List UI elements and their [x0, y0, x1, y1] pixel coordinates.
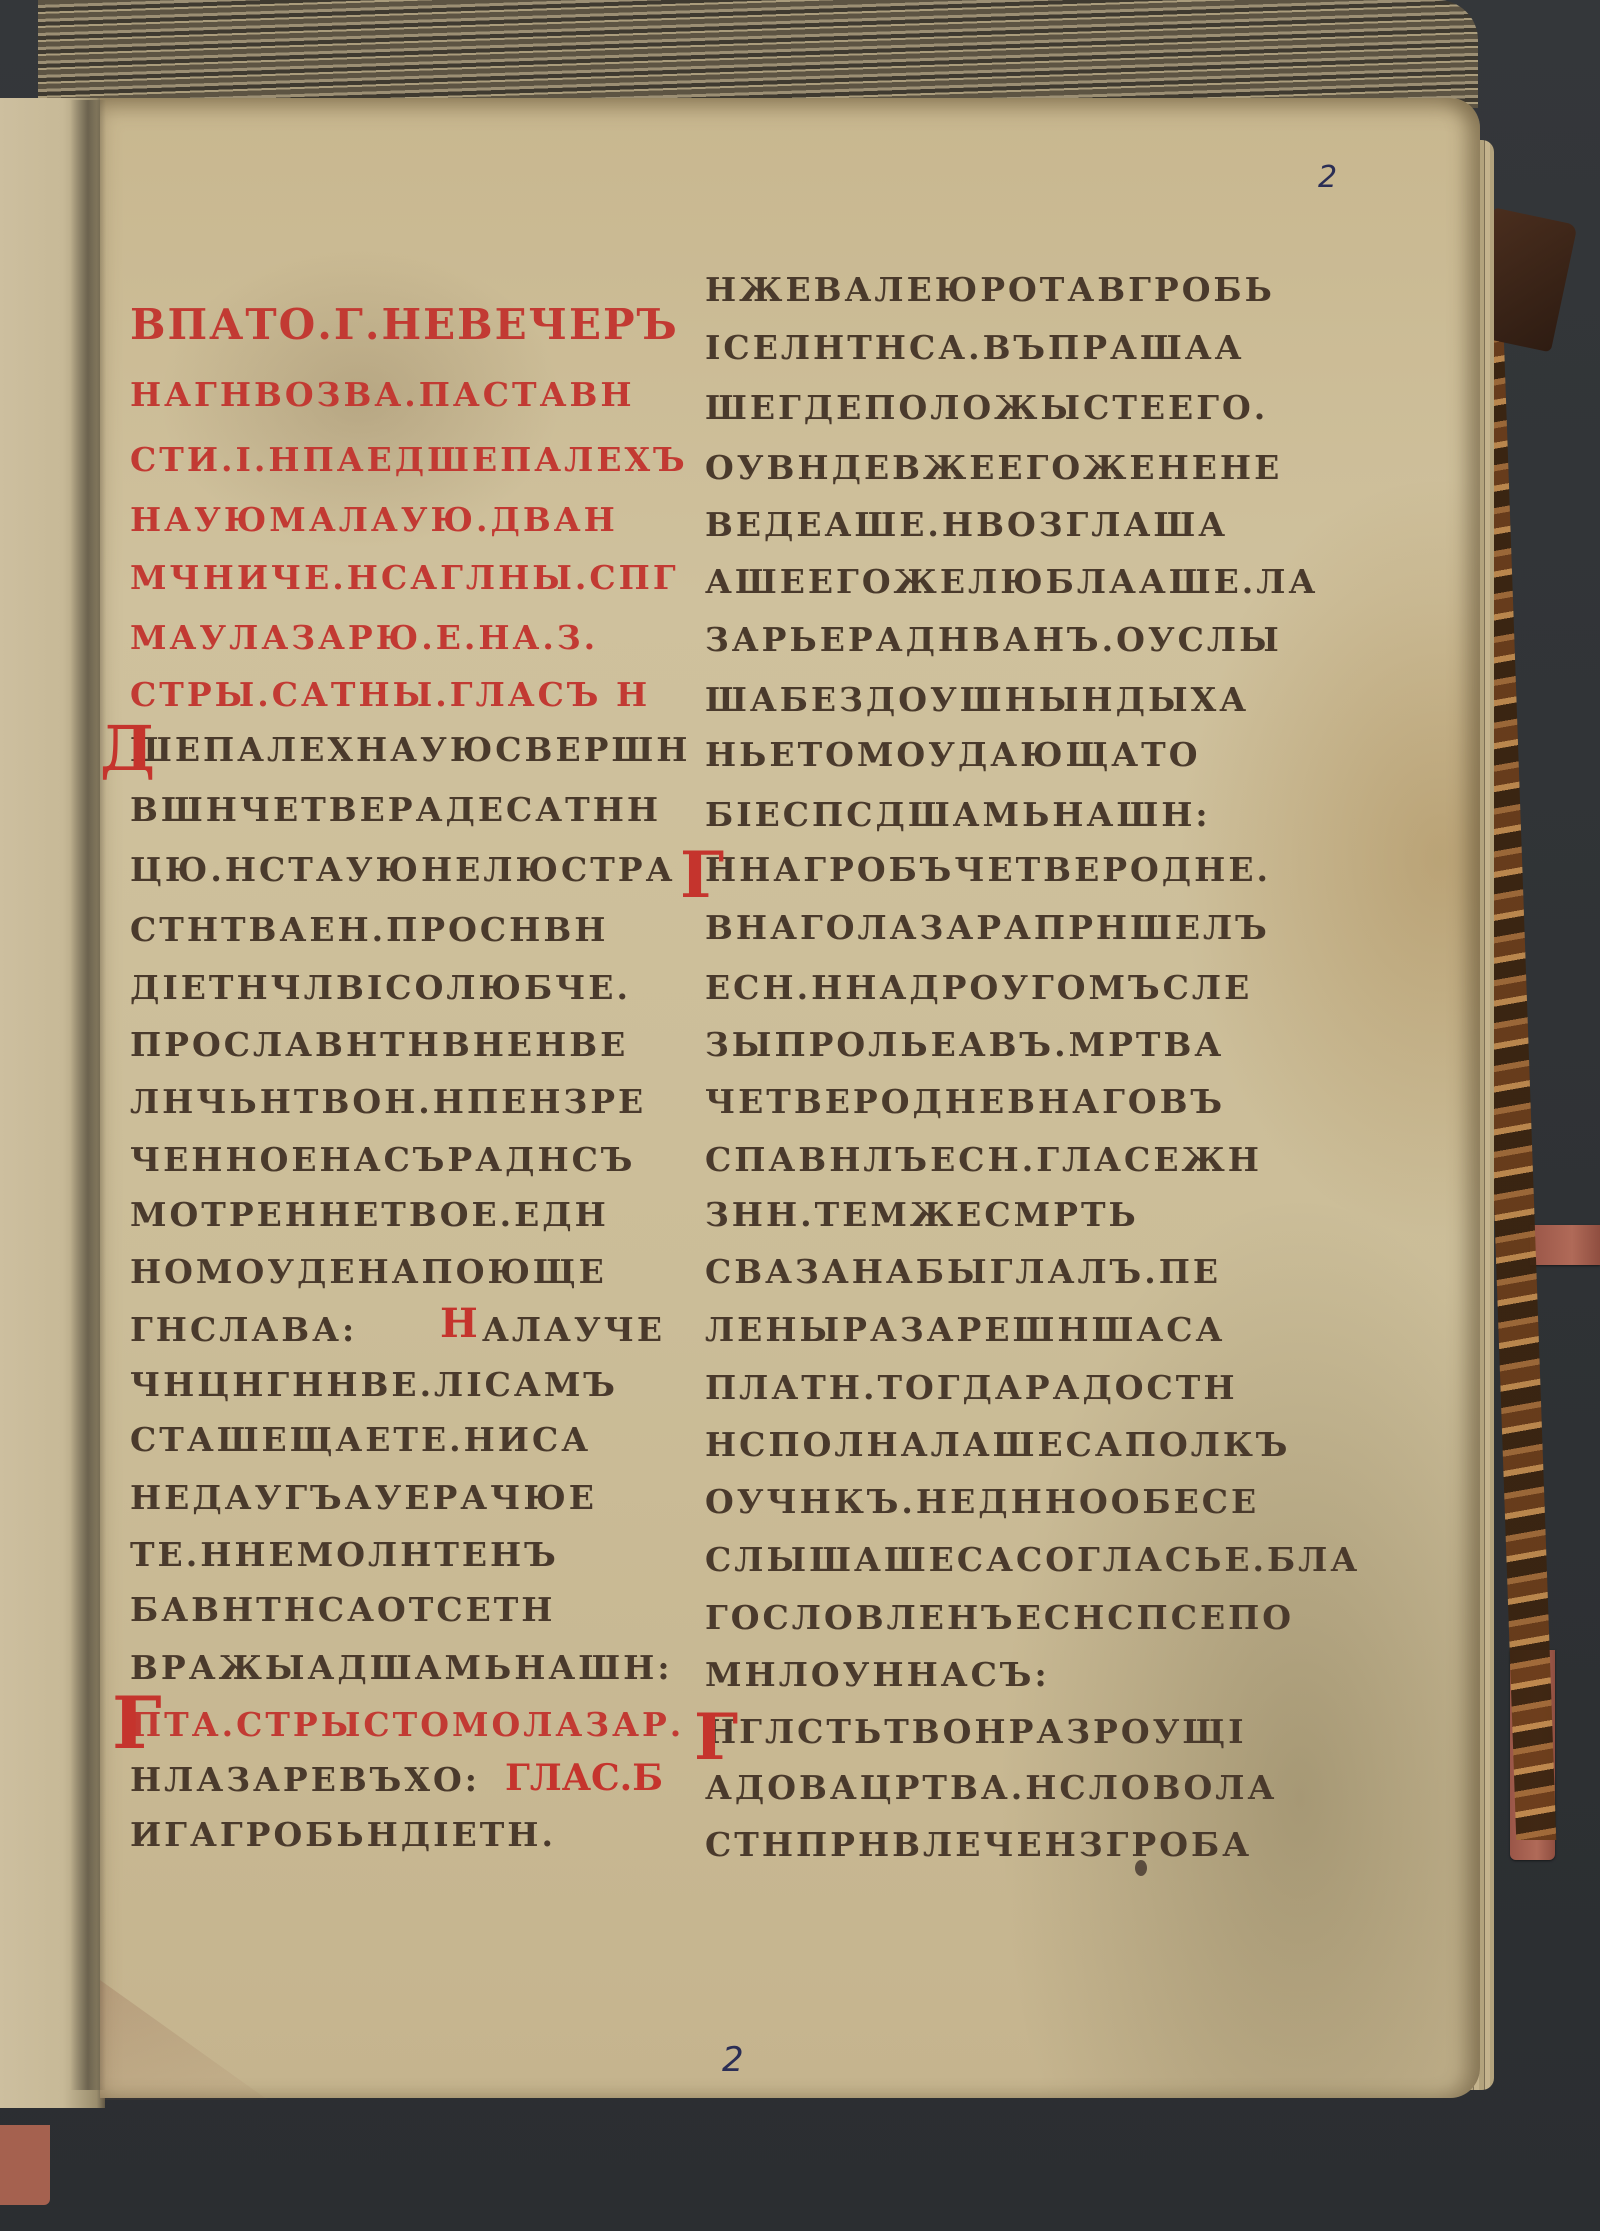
- text-line: ЗНН.ТЕМЖЕСМРТЬ: [705, 1195, 1139, 1234]
- red-initial-letter: Г: [112, 1680, 162, 1765]
- text-line: ВНАГОЛАЗАРАПРНШЕЛЪ: [705, 908, 1270, 947]
- text-line: МОТРЕННЕТВОЕ.ЕДН: [130, 1195, 609, 1234]
- text-line: АШЕЕГОЖЕЛЮБЛААШЕ.ЛА: [705, 562, 1318, 601]
- text-line: ГОСЛОВЛЕНЪЕСНСПСЕПО: [705, 1598, 1294, 1637]
- text-line: ПЛАТН.ТОГДАРАДОСТН: [705, 1368, 1238, 1407]
- text-line: ИГАГРОБЬНДІЕТН.: [130, 1815, 556, 1854]
- text-line: НЕДАУГЪАУЕРАЧЮЕ: [130, 1478, 597, 1517]
- text-line: ЧЕННОЕНАСЪРАДНСЪ: [130, 1140, 635, 1179]
- text-line: ДІЕТНЧЛВІСОЛЮБЧЕ.: [130, 968, 631, 1007]
- text-line: ГНСЛАВА:: [130, 1310, 357, 1349]
- text-line: ЗЫПРОЛЬЕАВЪ.МРТВА: [705, 1025, 1224, 1064]
- text-line: АДОВАЦРТВА.НСЛОВОЛА: [705, 1768, 1277, 1807]
- gutter-shadow: [70, 100, 106, 2090]
- text-line: СЛЫШАШЕСАСОГЛАСЬЕ.БЛА: [705, 1540, 1360, 1579]
- text-line: НАГНВОЗВА.ПАСТАВН: [130, 375, 635, 414]
- text-line: НОМОУДЕНАПОЮЩЕ: [130, 1252, 607, 1291]
- text-line: ШЕПАЛЕХНАУЮСВЕРШН: [130, 730, 690, 769]
- text-line: ЛНЧЬНТВОН.НПЕНЗРЕ: [130, 1082, 646, 1121]
- text-line: БІЕСПСДШАМЬНАШН:: [705, 795, 1211, 834]
- text-line: СТИ.І.НПАЕДШЕПАЛЕХЪ: [130, 440, 688, 479]
- red-initial-letter: Г: [680, 838, 724, 913]
- text-line: НСПОЛНАЛАШЕСАПОЛКЪ: [705, 1425, 1290, 1464]
- text-line: МНЛОУННАСЪ:: [705, 1655, 1050, 1694]
- bookmark-ribbon-right-upper: [1530, 1225, 1600, 1265]
- text-line: ННАГРОБЪЧЕТВЕРОДНЕ.: [705, 850, 1271, 889]
- text-line: МАУЛАЗАРЮ.Е.НА.З.: [130, 618, 598, 657]
- text-line: ПТА.СТРЫСТОМОЛАЗАР.: [130, 1705, 684, 1744]
- text-line: СТНТВАЕН.ПРОСНВН: [130, 910, 608, 949]
- text-line: ШЕГДЕПОЛОЖЫСТЕЕГО.: [705, 388, 1268, 427]
- folio-number-top: 2: [1318, 160, 1337, 195]
- red-initial-letter: Г: [694, 1700, 738, 1775]
- red-initial-letter: Д: [100, 712, 155, 785]
- text-line: НЛАЗАРЕВЪХО:: [130, 1760, 480, 1799]
- red-inline-letter: Н: [440, 1300, 478, 1347]
- text-line-fragment: АЛАУЧЕ: [482, 1310, 665, 1349]
- text-line: НГЛСТЬТВОНРАЗРОУЩІ: [705, 1712, 1247, 1751]
- text-line: СТНПРНВЛЕЧЕНЗГРОБА: [705, 1825, 1252, 1864]
- text-line: ВЕДЕАШЕ.НВОЗГЛАША: [705, 505, 1228, 544]
- text-line: ОУВНДЕВЖЕЕГОЖЕНЕНЕ: [705, 448, 1282, 487]
- rubric-heading: ВПАТО.Г.НЕВЕЧЕРЪ: [130, 300, 679, 349]
- text-line: ЛЕНЫРАЗАРЕШНШАСА: [705, 1310, 1225, 1349]
- text-line: НАУЮМАЛАУЮ.ДВАН: [130, 500, 618, 539]
- text-line: НЬЕТОМОУДАЮЩАТО: [705, 735, 1200, 774]
- text-line: ВШНЧЕТВЕРАДЕСАТНН: [130, 790, 661, 829]
- text-line: СТАШЕЩАЕТЕ.НИСА: [130, 1420, 591, 1459]
- folio-number-bottom: 2: [722, 2040, 744, 2080]
- text-line: МЧНИЧЕ.НСАГЛНЫ.СПГ: [130, 558, 679, 597]
- page-stack-top-edge: [38, 0, 1478, 108]
- bookmark-ribbon-left: [0, 2125, 50, 2205]
- text-line: ІСЕЛНТНСА.ВЪПРАШАА: [705, 328, 1245, 367]
- text-line: НЖЕВАЛЕЮРОТАВГРОБЬ: [705, 270, 1275, 309]
- text-line: СВАЗАНАБЫГЛАЛЪ.ПЕ: [705, 1252, 1221, 1291]
- red-inline-letter: ГЛАС.Б: [505, 1757, 663, 1799]
- text-line: СТРЫ.САТНЫ.ГЛАСЪ Н: [130, 675, 650, 714]
- text-line: ПРОСЛАВНТНВНЕНВЕ: [130, 1025, 628, 1064]
- text-line: ОУЧНКЪ.НЕДННООБЕСЕ: [705, 1482, 1259, 1521]
- text-line: ЦЮ.НСТАУЮНЕЛЮСТРА: [130, 850, 675, 889]
- text-line: ТЕ.ННЕМОЛНТЕНЪ: [130, 1535, 559, 1574]
- text-line: ЕСН.ННАДРОУГОМЪСЛЕ: [705, 968, 1252, 1007]
- text-line: ШАБЕЗДОУШНЫНДЫХА: [705, 680, 1249, 719]
- text-line: БАВНТНСАОТСЕТН: [130, 1590, 555, 1629]
- text-line: ВРАЖЫАДШАМЬНАШН:: [130, 1648, 673, 1687]
- text-line: ЧНЦНГННВЕ.ЛІСАМЪ: [130, 1365, 618, 1404]
- text-line: ЗАРЬЕРАДНВАНЪ.ОУСЛЫ: [705, 620, 1282, 659]
- text-line: СПАВНЛЪЕСН.ГЛАСЕЖН: [705, 1140, 1262, 1179]
- text-line: ЧЕТВЕРОДНЕВНАГОВЪ: [705, 1082, 1225, 1121]
